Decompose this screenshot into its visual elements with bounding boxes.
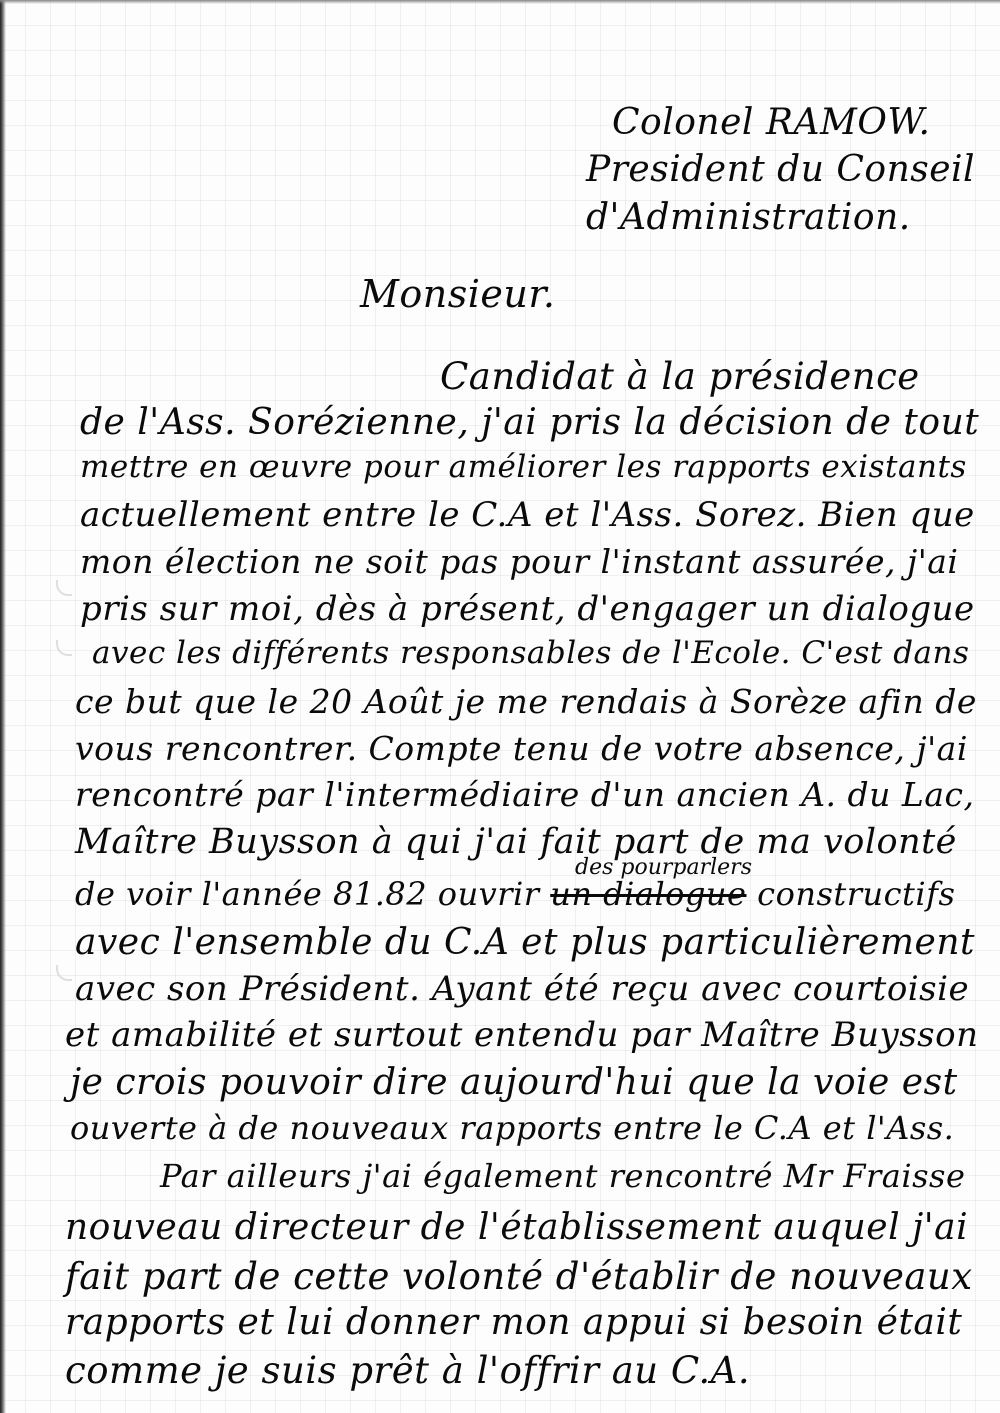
recipient-title-cont: d'Administration. — [586, 200, 911, 236]
body-line: nouveau directeur de l'établissement auq… — [65, 1210, 968, 1246]
scan-left-edge — [0, 0, 6, 1413]
body-line: actuellement entre le C.A et l'Ass. Sore… — [80, 498, 975, 532]
body-line: avec les différents responsables de l'Ec… — [92, 638, 969, 669]
body-line: vous rencontrer. Compte tenu de votre ab… — [75, 732, 968, 765]
body-line-with-correction: de voir l'année 81.82 ouvrir un dialogue… — [75, 878, 955, 910]
paper-punch-mark — [56, 640, 72, 656]
body-line: pris sur moi, dès à présent, d'engager u… — [80, 592, 975, 626]
struck-text: un dialogue — [550, 875, 746, 913]
body-line: mon élection ne soit pas pour l'instant … — [80, 545, 959, 578]
recipient-name: Colonel RAMOW. — [612, 105, 930, 141]
body-line: fait part de cette volonté d'établir de … — [65, 1258, 973, 1295]
scan-top-edge — [0, 0, 1000, 4]
body-line: rapports et lui donner mon appui si beso… — [65, 1305, 962, 1341]
body-line: Par ailleurs j'ai également rencontré Mr… — [160, 1160, 965, 1192]
body-line: de l'Ass. Sorézienne, j'ai pris la décis… — [80, 405, 979, 441]
body-text: constructifs — [757, 875, 955, 913]
body-line: mettre en œuvre pour améliorer les rappo… — [80, 452, 967, 483]
body-line: ouverte à de nouveaux rapports entre le … — [70, 1112, 954, 1144]
body-line: rencontré par l'intermédiaire d'un ancie… — [75, 778, 974, 811]
paper-punch-mark — [56, 580, 72, 596]
body-line: avec l'ensemble du C.A et plus particuli… — [75, 925, 975, 961]
body-line: Maître Buysson à qui j'ai fait part de m… — [75, 825, 957, 860]
body-line: et amabilité et surtout entendu par Maît… — [65, 1018, 978, 1052]
body-line: ce but que le 20 Août je me rendais à So… — [75, 685, 977, 718]
body-line: Candidat à la présidence — [440, 358, 920, 395]
body-line: comme je suis prêt à l'offrir au C.A. — [65, 1352, 750, 1389]
paper-punch-mark — [56, 965, 72, 981]
body-text: de voir l'année 81.82 ouvrir — [75, 875, 540, 913]
recipient-title: President du Conseil — [586, 152, 975, 188]
salutation: Monsieur. — [360, 275, 555, 313]
body-line: je crois pouvoir dire aujourd'hui que la… — [70, 1065, 958, 1101]
body-line: avec son Président. Ayant été reçu avec … — [75, 972, 969, 1006]
